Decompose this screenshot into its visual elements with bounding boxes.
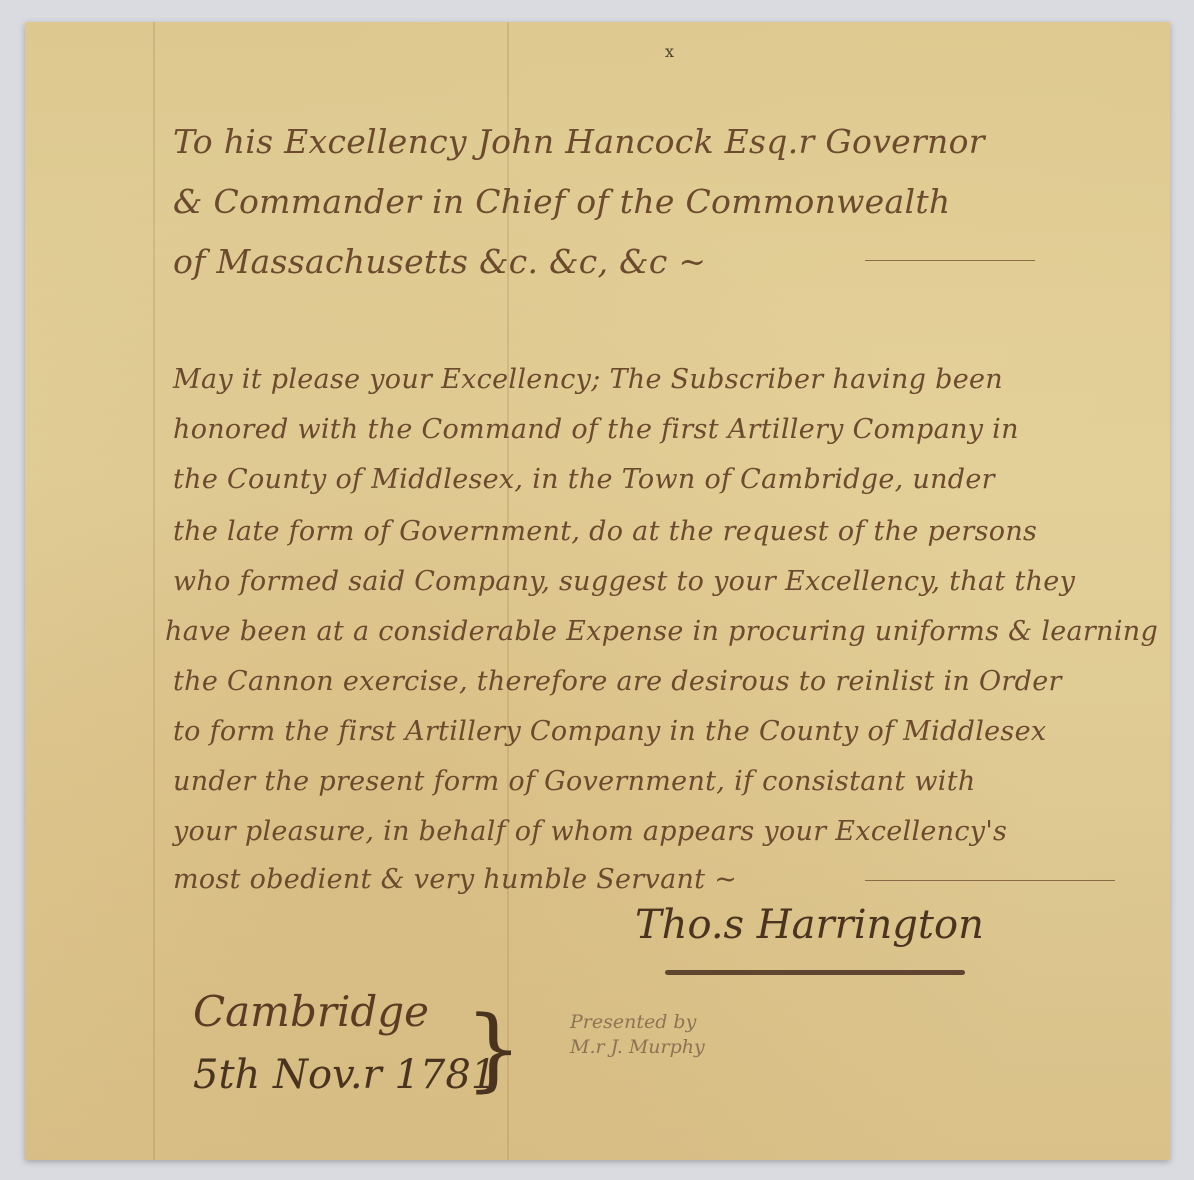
rule-line xyxy=(865,880,1115,881)
presented-by-label: Presented by xyxy=(570,1010,705,1035)
rule-line xyxy=(865,260,1035,261)
address-line: To his Excellency John Hancock Esq.r Gov… xyxy=(173,122,985,161)
address-line: & Commander in Chief of the Commonwealth xyxy=(173,182,950,221)
body-line: have been at a considerable Expense in p… xyxy=(165,616,1158,647)
brace-mark: } xyxy=(465,997,522,1102)
body-line: most obedient & very humble Servant ~ xyxy=(173,864,737,895)
place: Cambridge xyxy=(193,987,429,1036)
signature: Tho.s Harrington xyxy=(635,902,984,948)
body-line: who formed said Company, suggest to your… xyxy=(173,566,1075,597)
body-line: the Cannon exercise, therefore are desir… xyxy=(173,666,1062,697)
manuscript-letter: x To his Excellency John Hancock Esq.r G… xyxy=(25,22,1170,1160)
fold-line xyxy=(153,22,155,1160)
address-line: of Massachusetts &c. &c, &c ~ xyxy=(173,242,706,281)
body-line: your pleasure, in behalf of whom appears… xyxy=(173,816,1007,847)
body-line: honored with the Command of the first Ar… xyxy=(173,414,1019,445)
body-line: the County of Middlesex, in the Town of … xyxy=(173,464,995,495)
x-mark: x xyxy=(665,42,674,61)
presented-by-note: Presented by M.r J. Murphy xyxy=(570,1010,705,1059)
date: 5th Nov.r 1781 xyxy=(193,1052,496,1098)
body-line: to form the first Artillery Company in t… xyxy=(173,716,1046,747)
body-line: the late form of Government, do at the r… xyxy=(173,516,1037,547)
presented-by-name: M.r J. Murphy xyxy=(570,1035,705,1060)
body-line: May it please your Excellency; The Subsc… xyxy=(173,364,1003,395)
body-line: under the present form of Government, if… xyxy=(173,766,976,797)
signature-flourish xyxy=(665,970,965,975)
